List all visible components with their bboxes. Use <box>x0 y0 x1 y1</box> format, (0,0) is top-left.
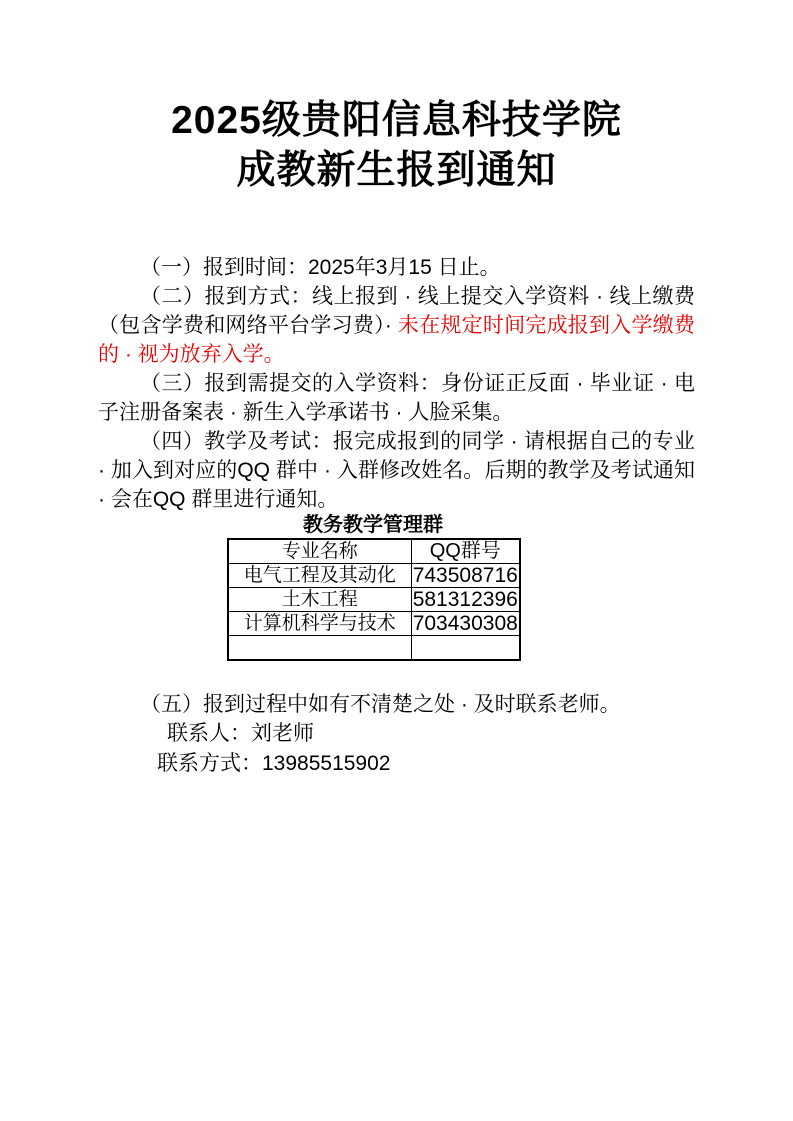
table-cell-qq-number: 581312396 <box>411 588 520 612</box>
table-header-row: 专业名称 QQ群号 <box>228 539 520 564</box>
table-cell-major: 电气工程及其动化 <box>228 564 411 588</box>
paragraph-teaching-exam: （四）教学及考试：报完成报到的同学 · 请根据自己的专业 · 加入到对应的QQ … <box>98 427 695 514</box>
title-line-2: 成教新生报到通知 <box>98 146 695 196</box>
table-row: 电气工程及其动化 743508716 <box>228 564 520 588</box>
title-line-1: 2025级贵阳信息科技学院 <box>98 96 695 146</box>
paragraph-required-materials: （三）报到需提交的入学资料：身份证正反面 · 毕业证 · 电子注册备案表 · 新… <box>98 369 695 427</box>
qq-group-table: 专业名称 QQ群号 电气工程及其动化 743508716 土木工程 581312… <box>227 538 521 661</box>
paragraph-report-time: （一）报到时间：2025年3月15 日止。 <box>98 253 695 282</box>
document-body: （一）报到时间：2025年3月15 日止。 （二）报到方式：线上报到 · 线上提… <box>98 253 695 514</box>
table-cell-qq-number: 703430308 <box>411 612 520 636</box>
document-content: 2025级贵阳信息科技学院 成教新生报到通知 （一）报到时间：2025年3月15… <box>98 0 695 779</box>
table-row-empty <box>228 636 520 661</box>
table-cell-major: 土木工程 <box>228 588 411 612</box>
table-cell-major-empty <box>228 636 411 661</box>
document-page: 2025级贵阳信息科技学院 成教新生报到通知 （一）报到时间：2025年3月15… <box>0 0 793 1121</box>
table-cell-qq-number-empty <box>411 636 520 661</box>
paragraph-report-method: （二）报到方式：线上报到 · 线上提交入学资料 · 线上缴费（包含学费和网络平台… <box>98 282 695 369</box>
document-title: 2025级贵阳信息科技学院 成教新生报到通知 <box>98 0 695 196</box>
table-cell-major: 计算机科学与技术 <box>228 612 411 636</box>
paragraph-contact-note: （五）报到过程中如有不清楚之处 · 及时联系老师。 <box>98 690 695 719</box>
contact-person: 联系人：刘老师 <box>98 719 695 749</box>
table-header-qq-number: QQ群号 <box>411 539 520 564</box>
table-header-major: 专业名称 <box>228 539 411 564</box>
table-caption: 教务教学管理群 <box>227 514 519 536</box>
table-row: 计算机科学与技术 703430308 <box>228 612 520 636</box>
table-row: 土木工程 581312396 <box>228 588 520 612</box>
qq-group-table-block: 教务教学管理群 专业名称 QQ群号 电气工程及其动化 743508716 <box>227 514 519 661</box>
table-cell-qq-number: 743508716 <box>411 564 520 588</box>
contact-phone: 联系方式：13985515902 <box>98 749 695 779</box>
